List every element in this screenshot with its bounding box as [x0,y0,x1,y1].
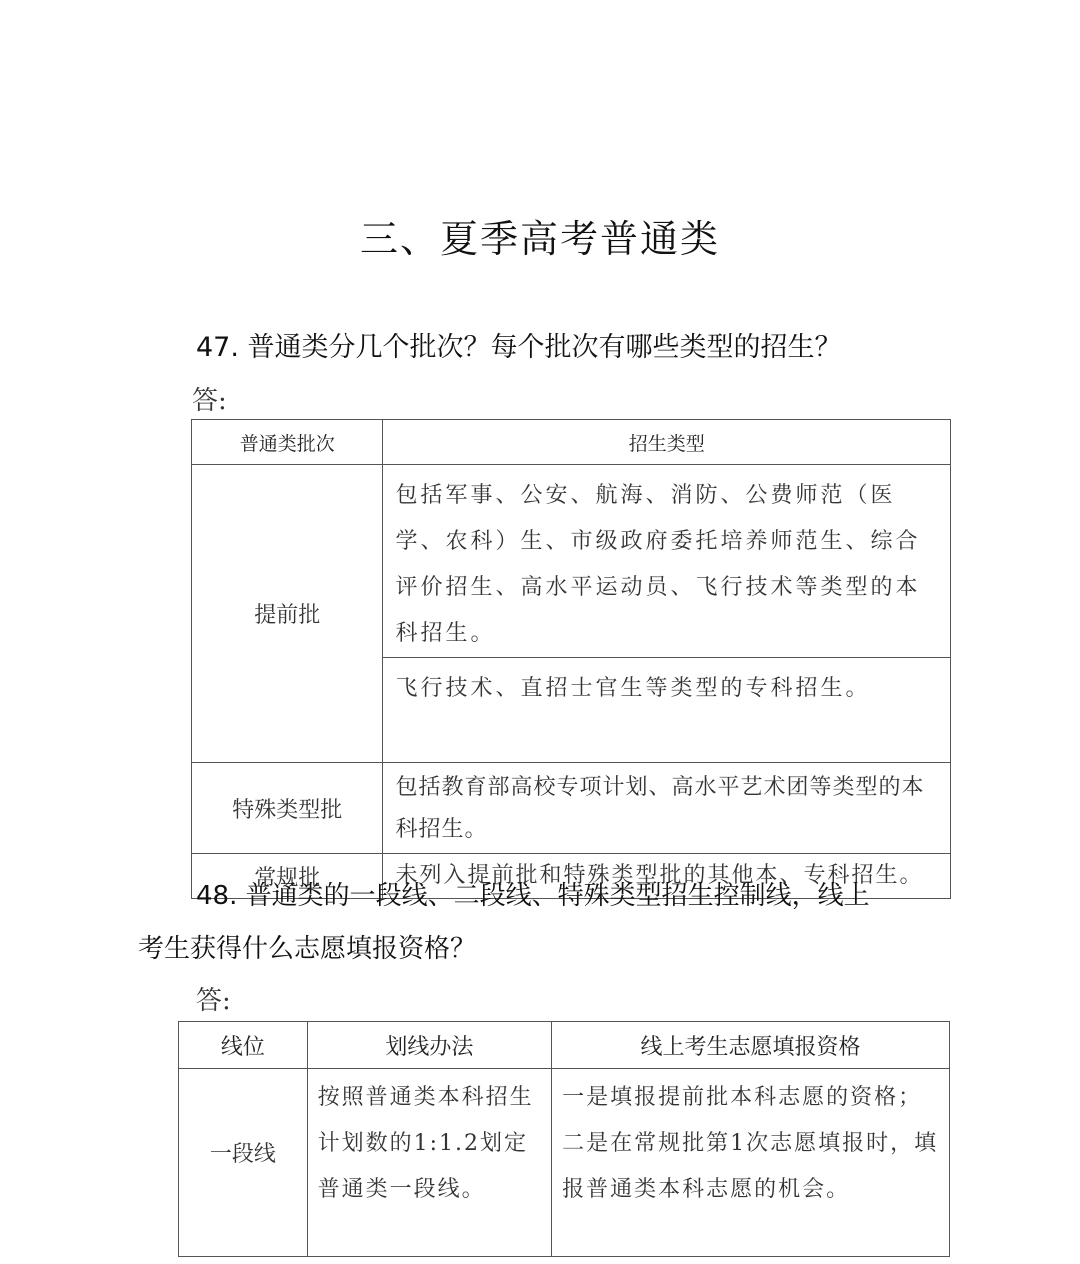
types-text: 飞行技术、直招士官生等类型的专科招生。 [383,658,950,712]
question-48-line2: 考生获得什么志愿填报资格？ [138,928,476,965]
answer-label-47: 答: [192,380,227,417]
header-types: 招生类型 [383,420,951,465]
batch-early: 提前批 [192,465,383,763]
types-text: 包括军事、公安、航海、消防、公费师范（医学、农科）生、市级政府委托培养师范生、综… [383,465,950,657]
answer-label-48: 答: [196,980,231,1017]
qualification-cell: 一是填报提前批本科志愿的资格；二是在常规批第1次志愿填报时，填报普通类本科志愿的… [552,1069,950,1257]
question-47: 47. 普通类分几个批次？每个批次有哪些类型的招生？ [196,325,842,364]
table-row: 特殊类型批 包括教育部高校专项计划、高水平艺术团等类型的本科招生。 [192,763,951,854]
types-text: 包括教育部高校专项计划、高水平艺术团等类型的本科招生。 [383,763,950,851]
batch-special: 特殊类型批 [192,763,383,854]
section-title: 三、夏季高考普通类 [0,208,1080,263]
batch-table: 普通类批次 招生类型 提前批 包括军事、公安、航海、消防、公费师范（医学、农科）… [191,419,951,899]
table-row: 一段线 按照普通类本科招生计划数的1:1.2划定普通类一段线。 一是填报提前批本… [179,1069,950,1257]
score-line-table: 线位 划线办法 线上考生志愿填报资格 一段线 按照普通类本科招生计划数的1:1.… [178,1021,950,1257]
types-special: 包括教育部高校专项计划、高水平艺术团等类型的本科招生。 [383,763,951,854]
score-line-table-header: 线位 划线办法 线上考生志愿填报资格 [179,1022,950,1069]
line-first: 一段线 [179,1069,308,1257]
types-early-undergrad: 包括军事、公安、航海、消防、公费师范（医学、农科）生、市级政府委托培养师范生、综… [383,465,951,658]
table-row: 提前批 包括军事、公安、航海、消防、公费师范（医学、农科）生、市级政府委托培养师… [192,465,951,658]
types-early-junior: 飞行技术、直招士官生等类型的专科招生。 [383,658,951,763]
header-method: 划线办法 [307,1022,551,1069]
batch-table-header: 普通类批次 招生类型 [192,420,951,465]
header-batch: 普通类批次 [192,420,383,465]
qualification-text: 一是填报提前批本科志愿的资格；二是在常规批第1次志愿填报时，填报普通类本科志愿的… [552,1069,949,1213]
method-cell: 按照普通类本科招生计划数的1:1.2划定普通类一段线。 [307,1069,551,1257]
method-text: 按照普通类本科招生计划数的1:1.2划定普通类一段线。 [308,1069,551,1213]
header-line: 线位 [179,1022,308,1069]
header-qualification: 线上考生志愿填报资格 [552,1022,950,1069]
question-48-line1: 48. 普通类的一段线、二段线、特殊类型招生控制线，线上 [196,875,870,912]
